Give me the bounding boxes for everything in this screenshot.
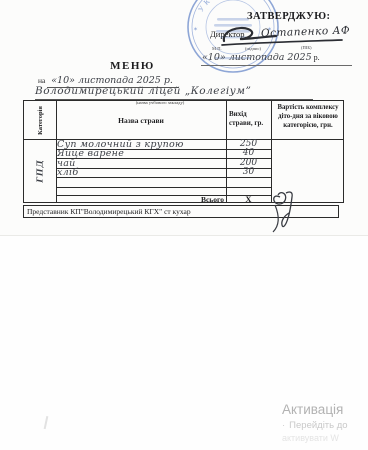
activation-watermark: Активація ·Перейдіть до активувати W xyxy=(282,402,368,443)
menu-title: МЕНЮ xyxy=(85,60,180,72)
category-value: ГПД xyxy=(24,139,56,203)
approval-date-value: «10» листопада 2025 xyxy=(202,52,312,63)
page-bottom-edge xyxy=(0,235,368,236)
header-output: Вихід страви, гр. xyxy=(226,110,271,129)
stamp-star-left-icon: ✶ xyxy=(193,26,198,33)
header-cost: Вартість комплексу діто-дня за віковою к… xyxy=(272,104,344,131)
approval-date-underline xyxy=(201,65,352,66)
approval-date-suffix: р. xyxy=(314,53,320,62)
watermark-faint-line: активувати W xyxy=(282,433,368,443)
watermark-subtitle-text: Перейдіть до xyxy=(289,420,347,431)
institution-name: Володимирецький ліцей „Колегіум” xyxy=(35,85,251,97)
watermark-subtitle: ·Перейдіть до xyxy=(282,420,368,431)
watermark-title: Активація xyxy=(282,402,368,417)
approval-title: ЗАТВЕРДЖУЮ: xyxy=(247,11,330,22)
header-category: Категорія xyxy=(24,101,56,139)
bullet-icon: · xyxy=(282,420,285,431)
scan-smudge xyxy=(44,416,48,429)
category-value-label: ГПД xyxy=(35,159,45,182)
header-category-label: Категорія xyxy=(36,106,43,135)
menu-date-prefix: на xyxy=(38,76,45,85)
cook-signature-icon xyxy=(266,179,306,233)
scanned-menu-document: УКРАЇНА ✶ ✶ ЗАТВЕРДЖУЮ: Директор Остапен… xyxy=(0,0,368,450)
header-dish: Назва страви xyxy=(56,101,226,139)
total-label: Всього xyxy=(56,195,224,205)
approval-date: «10» листопада 2025р. xyxy=(202,52,320,63)
total-value: X xyxy=(226,194,271,204)
